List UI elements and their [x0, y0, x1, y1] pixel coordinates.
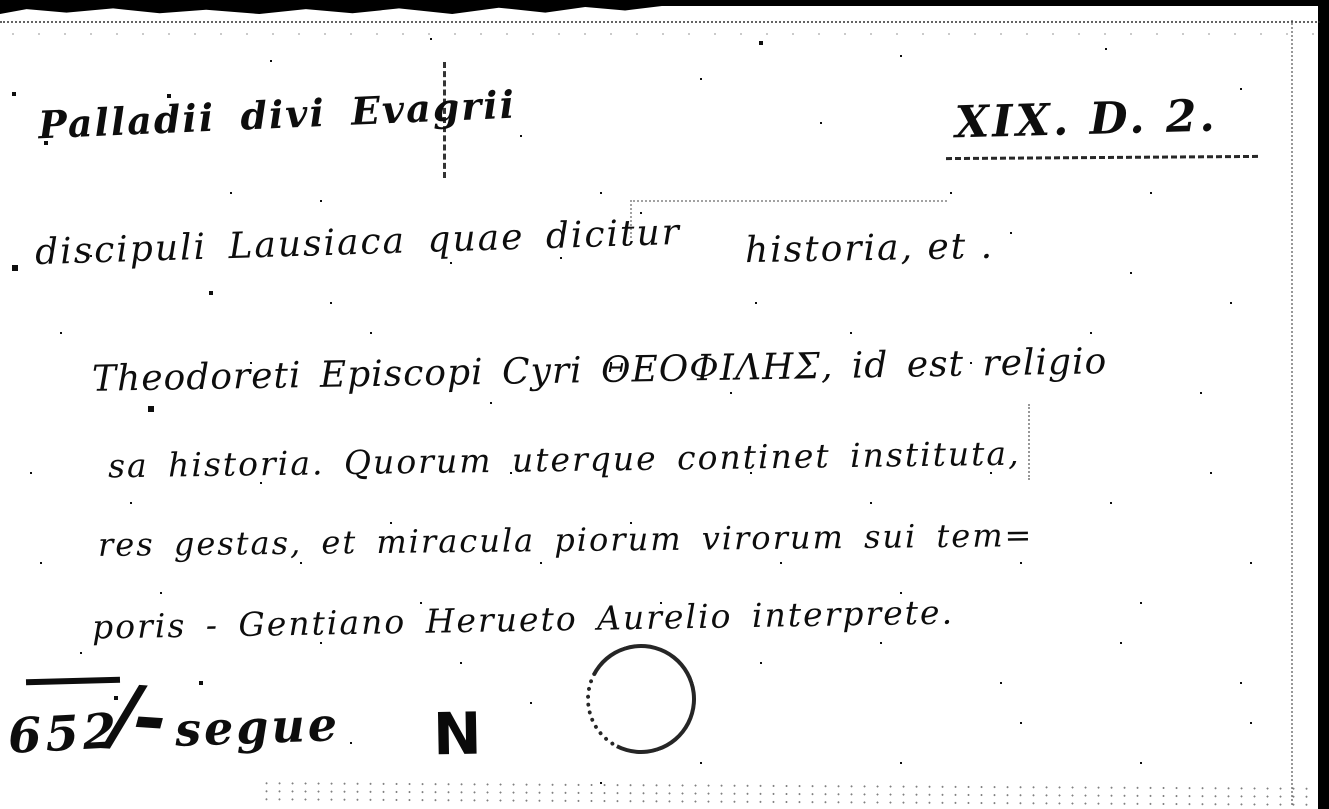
- scan-right-edge: [1318, 0, 1329, 809]
- shelfmark-underline: [946, 155, 1258, 160]
- card-dotted-border-top: [0, 21, 1320, 23]
- title-line-2: discipuli Lausiaca quae dicitur: [35, 212, 682, 273]
- circular-stamp-outline-icon: [572, 630, 711, 769]
- dotted-mark-annotation: [1028, 404, 1030, 480]
- title-line-2b: historia, et .: [745, 226, 995, 271]
- annotation-segue: segue: [174, 697, 341, 757]
- title-line-4: sa historia. Quorum uterque continet ins…: [108, 434, 1021, 486]
- title-line-3: Theodoreti Episcopi Cyri ΘΕΟΦΙΛΗΣ, id es…: [92, 341, 1108, 400]
- scan-noise-speckles: [0, 0, 2, 2]
- scan-top-edge-jagged: [0, 0, 665, 14]
- title-line-6: poris - Gentiano Herueto Aurelio interpr…: [92, 592, 955, 646]
- letter-n-mark: N: [432, 700, 482, 769]
- inventory-number: 652: [7, 703, 122, 765]
- scan-noise-bottom: [260, 779, 1310, 809]
- card-dotted-border-right: [1291, 20, 1293, 805]
- title-line-5: res gestas, et miracula piorum virorum s…: [98, 516, 1034, 564]
- scan-noise-top: [0, 30, 1320, 38]
- slash-mark: /-: [107, 666, 164, 763]
- shelfmark: XIX. D. 2.: [954, 91, 1218, 149]
- overline-mark: [26, 677, 120, 685]
